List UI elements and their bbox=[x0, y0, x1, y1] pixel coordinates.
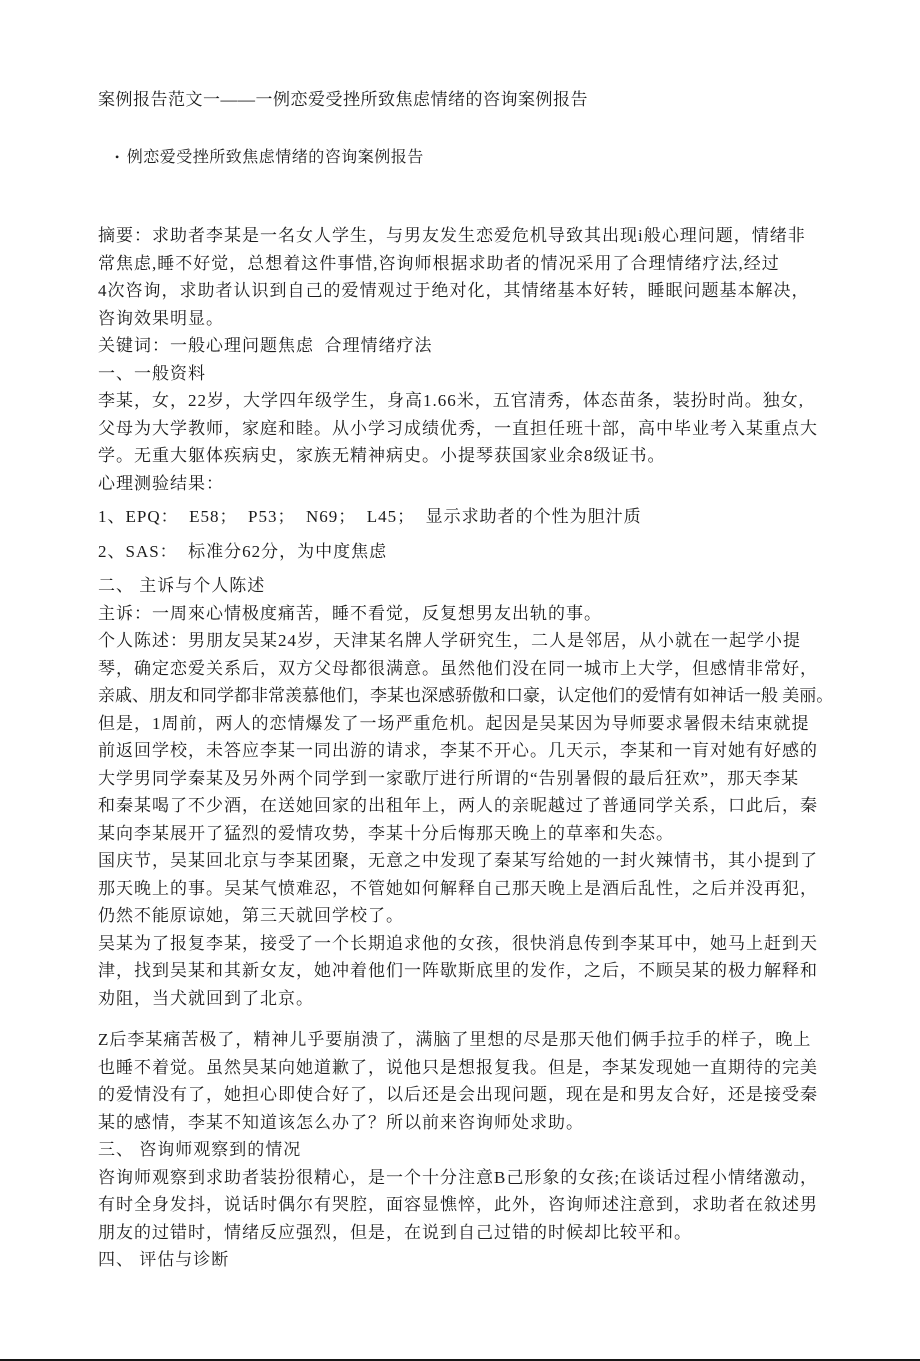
statement-line: 琴，确定恋爱关系后，双方父母都很满意。虽然他们没在同一城市上大学，但感情非常好， bbox=[98, 655, 888, 683]
paragraph-line: 的爱情没有了，她担心即使合好了，以后还是会出现问题，现在是和男友合好，还是接受秦 bbox=[98, 1081, 888, 1109]
paragraph-line: 仍然不能原谅她，第三天就回学校了。 bbox=[98, 902, 888, 930]
test-results-intro: 心理测验结果： bbox=[98, 470, 888, 498]
section3-heading: 三、 咨询师观察到的情况 bbox=[98, 1136, 888, 1164]
document-content: 案例报告范文一——一例恋爱受挫所致焦虑情绪的咨询案例报告 •例恋爱受挫所致焦虑情… bbox=[98, 0, 888, 1274]
section1-line: 学。无重大躯体疾病史，家族无精神病史。小提琴获国家业余8级证书。 bbox=[98, 442, 888, 470]
statement-line: 前返回学校，未答应李某一同出游的请求，李某不开心。几天示，李某和一肓对她有好感的 bbox=[98, 737, 888, 765]
section1-line: 父母为大学教师，家庭和睦。从小学习成绩优秀，一直担任班十部，高中毕业考入某重点大 bbox=[98, 415, 888, 443]
statement-line: 但是，1周前，两人的恋情爆发了一场严重危机。起因是吴某因为导师要求暑假未结束就提 bbox=[98, 710, 888, 738]
document-title: 案例报告范文一——一例恋爱受挫所致焦虑情绪的咨询案例报告 bbox=[98, 86, 888, 114]
bullet-icon: • bbox=[115, 150, 120, 164]
abstract-line: 4次咨询，求助者认识到自己的爱情观过于绝对化，其情绪基本好转，睡眠问题基本解决， bbox=[98, 277, 888, 305]
paragraph-line: 那天晚上的事。吴某气愤难忍，不管她如何解释自己那天晚上是酒后乱性，之后并没再犯， bbox=[98, 875, 888, 903]
statement-line: 大学男同学秦某及另外两个同学到一家歌厅进行所谓的“告别暑假的最后狂欢”，那天李某 bbox=[98, 765, 888, 793]
abstract-line: 常焦虑,睡不好觉，总想着这件事惜,咨询师根据求助者的情况采用了合理情绪疗法,经过 bbox=[98, 250, 888, 278]
statement-line: 亲戚、朋友和同学都非常羡慕他们，李某也深感骄傲和口豪，认定他们的爱情有如神话一般… bbox=[98, 682, 888, 710]
paragraph-line: 也睡不着觉。虽然昊某向她道歉了，说他只是想报复我。但是，李某发现她一直期待的完美 bbox=[98, 1054, 888, 1082]
statement-line: 个人陈述：男朋友吴某24岁，天津某名牌人学研究生，二人是邻居，从小就在一起学小提 bbox=[98, 627, 888, 655]
epq-result-line: 1、EPQ： E58； P53； N69； L45； 显示求助者的个性为胆汁质 bbox=[98, 503, 888, 531]
abstract-line: 咨询效果明显。 bbox=[98, 305, 888, 333]
paragraph-line: 某的感情，李某不知道该怎么办了？所以前来咨询师处求助。 bbox=[98, 1109, 888, 1137]
sas-result-line: 2、SAS： 标准分62分，为中度焦虑 bbox=[98, 538, 888, 566]
paragraph-line: Z后李某痛苦极了，精神儿乎要崩溃了，满脑了里想的尽是那天他们俩手拉手的样子，晚上 bbox=[98, 1026, 888, 1054]
paragraph-line: 津，找到吴某和其新女友，她冲着他们一阵歇斯底里的发作，之后，不顾吴某的极力解释和 bbox=[98, 957, 888, 985]
chief-complaint-line: 主诉：一周來心情极度痛苦，睡不看觉，反复想男友出轨的事。 bbox=[98, 600, 888, 628]
section3-line: 咨询师观察到求助者装扮很精心，是一个十分注意B己形象的女孩;在谈话过程小情绪激动… bbox=[98, 1164, 888, 1192]
section3-line: 朋友的过错时，情绪反应强烈，但是，在说到自己过错的时候却比较平和。 bbox=[98, 1219, 888, 1247]
bullet-item-text: 例恋爱受挫所致焦虑情绪的咨询案例报告 bbox=[127, 149, 424, 166]
section1-heading: 一、一般资料 bbox=[98, 360, 888, 388]
section2-heading: 二、 主诉与个人陈述 bbox=[98, 572, 888, 600]
statement-line: 和秦某喝了不少酒，在送她回家的出租年上，两人的亲昵越过了普通同学关系，口此后，秦 bbox=[98, 792, 888, 820]
section1-line: 李某，女，22岁，大学四年级学生，身高1.66米，五官清秀，体态苗条，装扮时尚。… bbox=[98, 387, 888, 415]
statement-line: 某向李某展开了猛烈的爱情攻势，李某十分后悔那天晚上的草率和失态。 bbox=[98, 820, 888, 848]
keywords-line: 关键词：一般心理问题焦虑 合理情绪疗法 bbox=[98, 332, 888, 360]
section4-heading: 四、 评估与诊断 bbox=[98, 1246, 888, 1274]
paragraph-line: 劝阻，当犬就回到了北京。 bbox=[98, 985, 888, 1013]
paragraph-line: 吴某为了报复李某，接受了一个长期追求他的女孩，很快消息传到李某耳中，她马上赶到天 bbox=[98, 930, 888, 958]
abstract-line: 摘要：求助者李某是一名女人学生，与男友发生恋爱危机导致其出现i般心理问题，情绪非 bbox=[98, 222, 888, 250]
document-page: 案例报告范文一——一例恋爱受挫所致焦虑情绪的咨询案例报告 •例恋爱受挫所致焦虑情… bbox=[0, 0, 920, 1361]
section3-line: 有时全身发抖，说话时偶尔有哭腔，面容显憔悴，此外，咨询师述注意到，求助者在敘述男 bbox=[98, 1191, 888, 1219]
bullet-list-item: •例恋爱受挫所致焦虑情绪的咨询案例报告 bbox=[98, 144, 888, 172]
paragraph-line: 国庆节，吴某回北京与李某团聚，无意之中发现了秦某写给她的一封火辣情书，其小提到了 bbox=[98, 847, 888, 875]
